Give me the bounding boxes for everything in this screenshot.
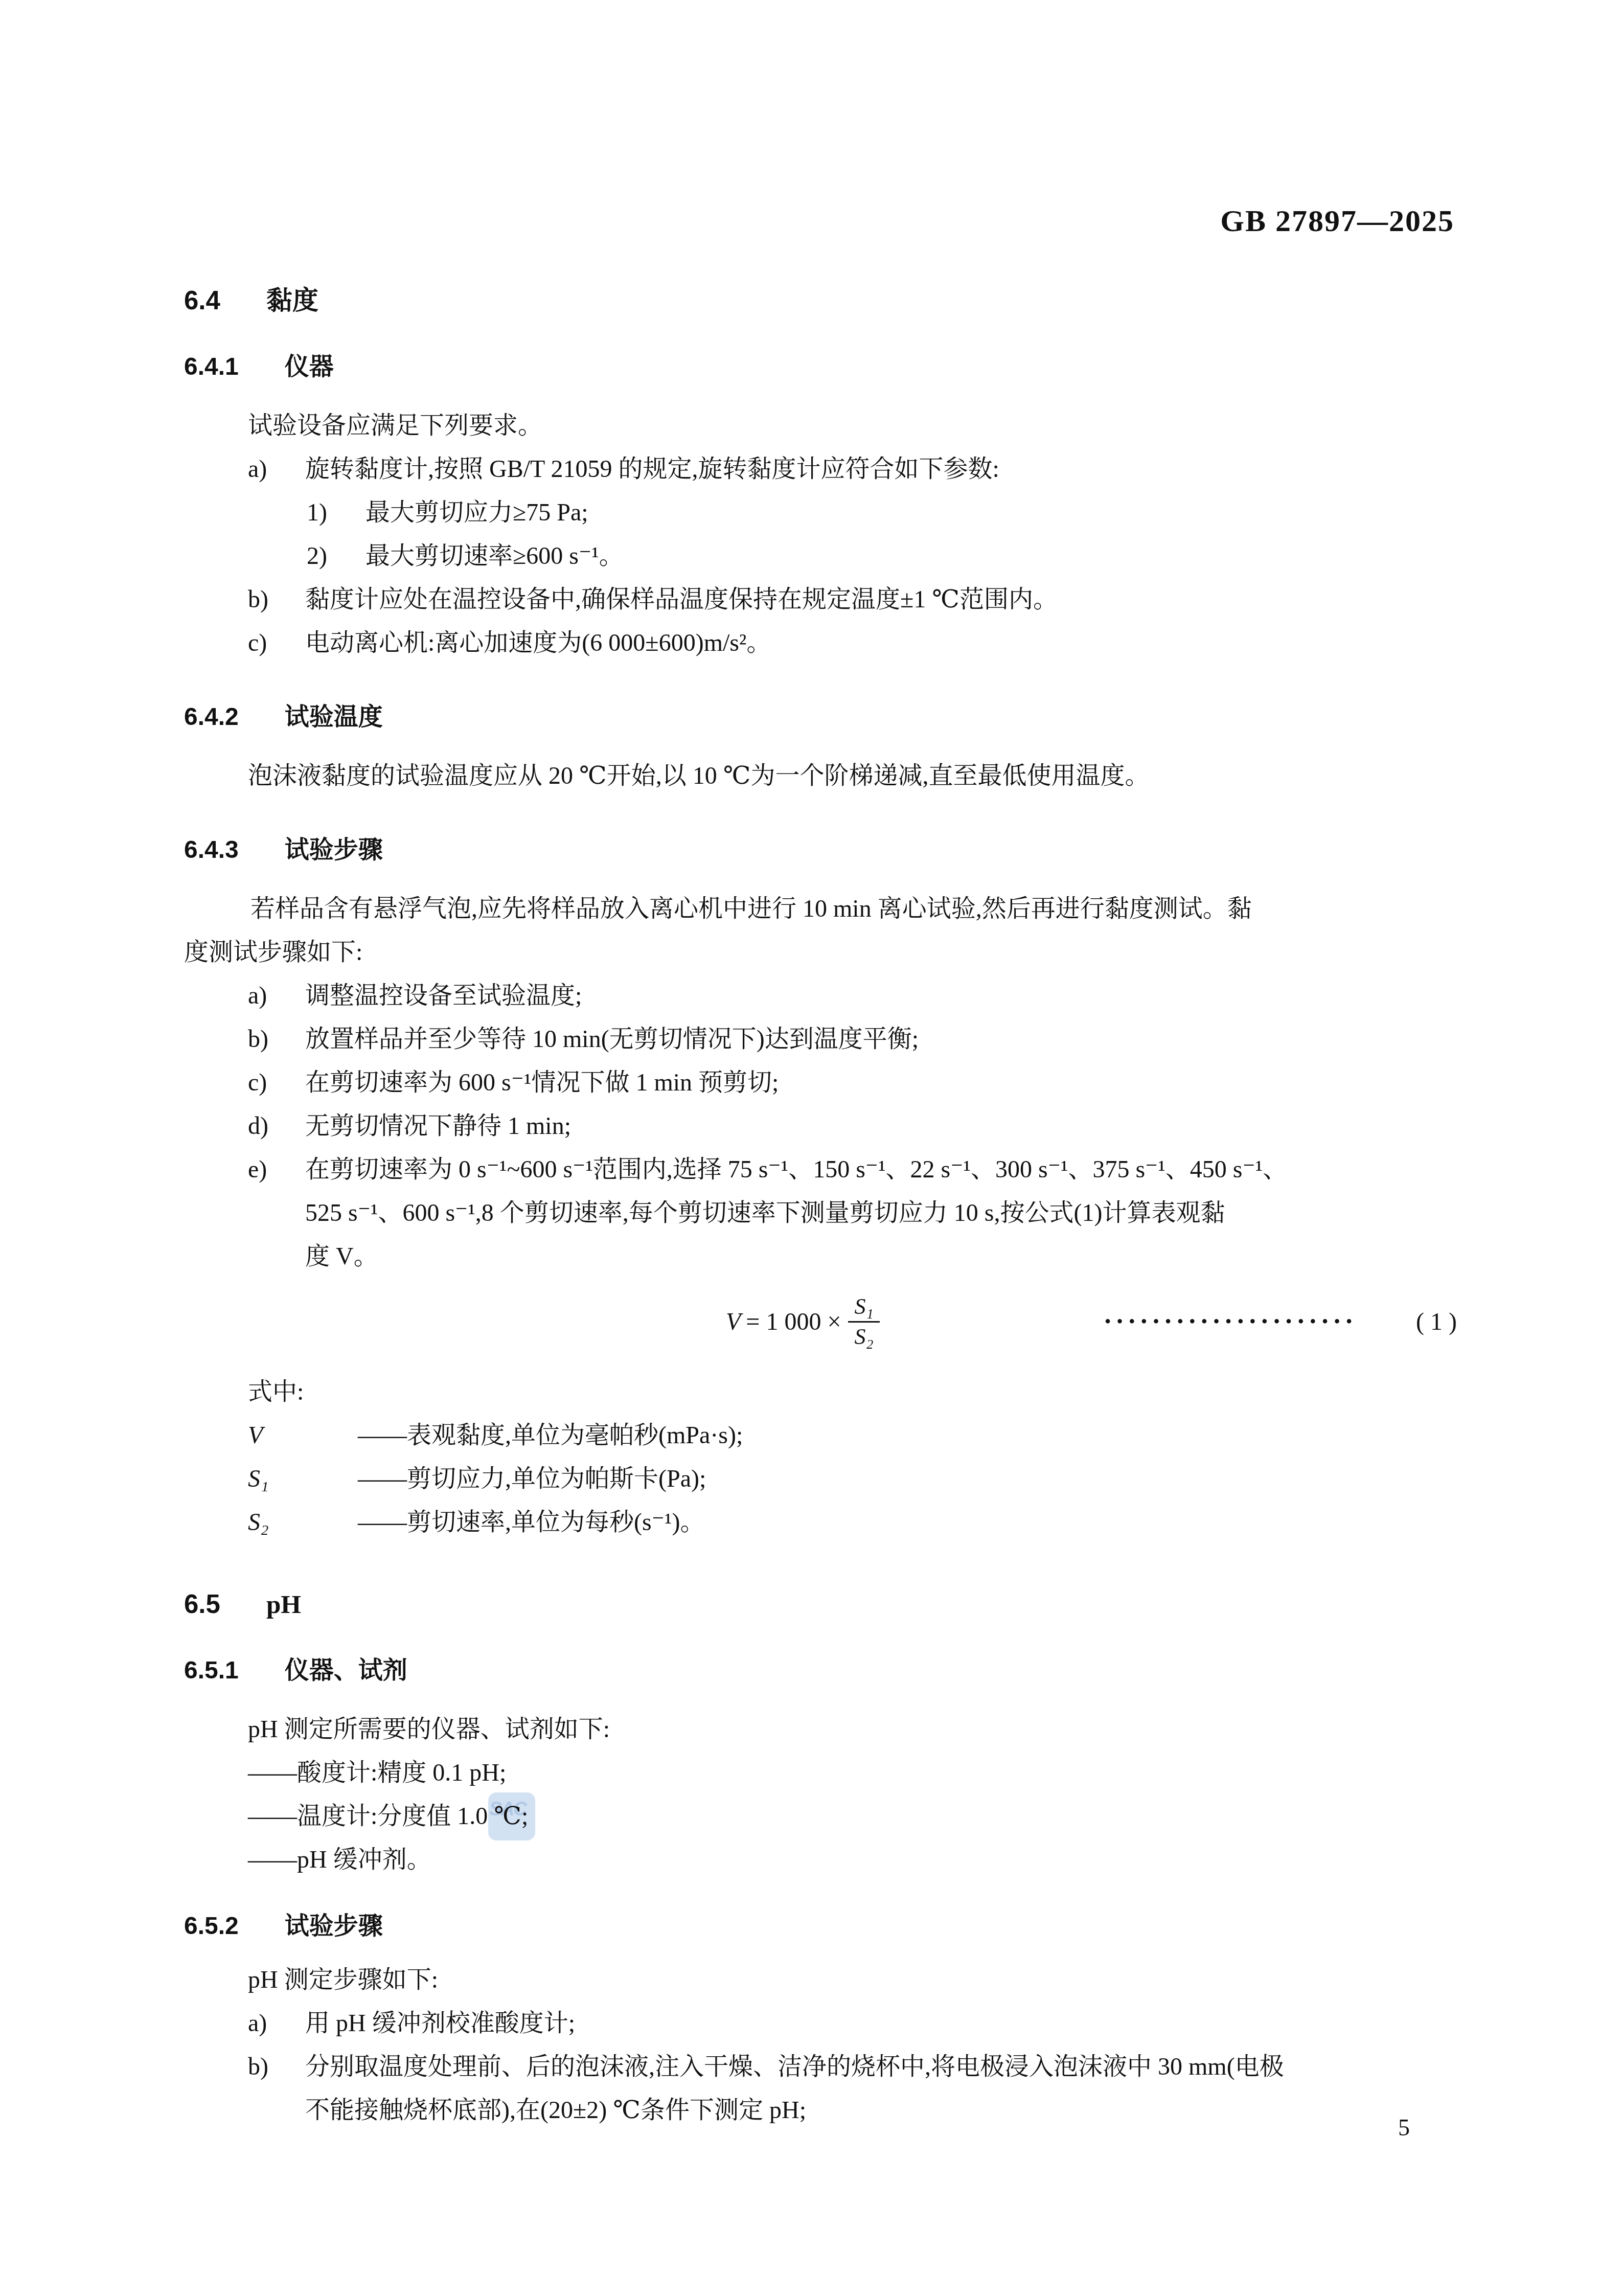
list-item-text: 旋转黏度计,按照 GB/T 21059 的规定,旋转黏度计应符合如下参数:	[305, 447, 999, 491]
formula-operator: = 1 000 ×	[746, 1308, 841, 1336]
paragraph-line: 度测试步骤如下:	[184, 930, 1457, 974]
section-number: 6.4	[184, 286, 220, 315]
list-item-text: 分别取温度处理前、后的泡沫液,注入干燥、洁净的烧杯中,将电极浸入泡沫液中 30 …	[305, 2045, 1284, 2088]
symbol-definition-s2: S₂ ——剪切速率,单位为每秒(s⁻¹)。	[184, 1501, 1457, 1544]
list-item-text: 在剪切速率为 600 s⁻¹情况下做 1 min 预剪切;	[305, 1061, 779, 1104]
section-heading-6-5: 6.5pH	[184, 1582, 1457, 1626]
list-item-text: 放置样品并至少等待 10 min(无剪切情况下)达到温度平衡;	[305, 1017, 919, 1061]
list-item-label: a)	[248, 2002, 305, 2045]
section-title: 黏度	[266, 286, 318, 315]
dash-list-item: ——pH 缓冲剂。	[184, 1838, 1457, 1881]
section-number: 6.5.1	[184, 1657, 239, 1684]
section-title: pH	[266, 1590, 301, 1619]
list-subitem-2: 2) 最大剪切速率≥600 s⁻¹。	[184, 534, 1457, 578]
list-item-label: c)	[248, 1061, 305, 1104]
fraction-numerator: S₁	[848, 1292, 879, 1321]
paragraph: pH 测定所需要的仪器、试剂如下:	[184, 1708, 1457, 1751]
section-title: 试验步骤	[285, 836, 383, 863]
section-heading-6-5-2: 6.5.2试验步骤	[184, 1904, 1457, 1948]
dash-list-item: SAC ——温度计:分度值 1.0 ℃;	[184, 1794, 1457, 1838]
list-item-text: 调整温控设备至试验温度;	[305, 974, 582, 1017]
list-item-label: e)	[248, 1148, 305, 1191]
paragraph: pH 测定步骤如下:	[184, 1958, 1457, 2002]
list-item-text: 最大剪切应力≥75 Pa;	[365, 491, 588, 534]
symbol-term: S₁	[248, 1457, 358, 1501]
list-item-c: c) 在剪切速率为 600 s⁻¹情况下做 1 min 预剪切;	[184, 1061, 1457, 1104]
section-title: 试验温度	[285, 703, 383, 731]
list-item-label: c)	[248, 621, 305, 665]
section-number: 6.4.3	[184, 836, 239, 863]
list-item-a: a) 用 pH 缓冲剂校准酸度计;	[184, 2002, 1457, 2045]
list-item-b: b) 分别取温度处理前、后的泡沫液,注入干燥、洁净的烧杯中,将电极浸入泡沫液中 …	[184, 2045, 1457, 2088]
list-item-e: e) 在剪切速率为 0 s⁻¹~600 s⁻¹范围内,选择 75 s⁻¹、150…	[184, 1148, 1457, 1191]
list-item-text: 用 pH 缓冲剂校准酸度计;	[305, 2002, 575, 2045]
list-item-text: 最大剪切速率≥600 s⁻¹。	[365, 534, 624, 578]
section-number: 6.4.2	[184, 703, 239, 731]
formula-1: V = 1 000 × S₁ S₂ ••••••••••••••••••••• …	[184, 1278, 1457, 1365]
list-item-label: d)	[248, 1104, 305, 1148]
paragraph-line: 若样品含有悬浮气泡,应先将样品放入离心机中进行 10 min 离心试验,然后再进…	[184, 887, 1457, 930]
list-item-b: b) 黏度计应处在温控设备中,确保样品温度保持在规定温度±1 ℃范围内。	[184, 578, 1457, 621]
document-body: 6.4黏度 6.4.1仪器 试验设备应满足下列要求。 a) 旋转黏度计,按照 G…	[184, 0, 1457, 2132]
formula-number: ( 1 )	[1416, 1308, 1457, 1336]
section-number: 6.4.1	[184, 353, 239, 380]
formula-fraction: S₁ S₂	[848, 1292, 879, 1351]
section-title: 仪器	[285, 353, 334, 380]
list-item-a: a) 调整温控设备至试验温度;	[184, 974, 1457, 1017]
paragraph: 泡沫液黏度的试验温度应从 20 ℃开始,以 10 ℃为一个阶梯递减,直至最低使用…	[184, 754, 1457, 798]
list-item-c: c) 电动离心机:离心加速度为(6 000±600)m/s²。	[184, 621, 1457, 665]
list-item-a: a) 旋转黏度计,按照 GB/T 21059 的规定,旋转黏度计应符合如下参数:	[184, 447, 1457, 491]
symbol-definition-text: ——剪切应力,单位为帕斯卡(Pa);	[358, 1457, 706, 1501]
list-item-continuation: 525 s⁻¹、600 s⁻¹,8 个剪切速率,每个剪切速率下测量剪切应力 10…	[184, 1191, 1457, 1235]
section-number: 6.5	[184, 1589, 220, 1619]
list-item-text: 电动离心机:离心加速度为(6 000±600)m/s²。	[305, 621, 771, 665]
symbol-definition-v: V ——表观黏度,单位为毫帕秒(mPa·s);	[184, 1414, 1457, 1457]
list-item-text: 黏度计应处在温控设备中,确保样品温度保持在规定温度±1 ℃范围内。	[305, 578, 1058, 621]
dash-list-item: ——酸度计:精度 0.1 pH;	[184, 1751, 1457, 1794]
page-number: 5	[1398, 2114, 1410, 2141]
symbol-term: V	[248, 1414, 358, 1457]
fraction-denominator: S₂	[848, 1321, 879, 1351]
list-subitem-1: 1) 最大剪切应力≥75 Pa;	[184, 491, 1457, 534]
section-heading-6-4-2: 6.4.2试验温度	[184, 695, 1457, 739]
where-label: 式中:	[184, 1370, 1457, 1414]
symbol-definition-text: ——表观黏度,单位为毫帕秒(mPa·s);	[358, 1414, 743, 1457]
list-item-continuation: 不能接触烧杯底部),在(20±2) ℃条件下测定 pH;	[184, 2088, 1457, 2132]
list-item-label: b)	[248, 578, 305, 621]
list-item-label: b)	[248, 2045, 305, 2088]
section-heading-6-4-1: 6.4.1仪器	[184, 345, 1457, 389]
symbol-definition-text: ——剪切速率,单位为每秒(s⁻¹)。	[358, 1501, 704, 1544]
list-item-label: 1)	[307, 491, 365, 534]
section-title: 试验步骤	[285, 1913, 383, 1940]
list-item-continuation: 度 V。	[184, 1235, 1457, 1278]
section-heading-6-5-1: 6.5.1仪器、试剂	[184, 1649, 1457, 1692]
list-item-b: b) 放置样品并至少等待 10 min(无剪切情况下)达到温度平衡;	[184, 1017, 1457, 1061]
list-item-text: 无剪切情况下静待 1 min;	[305, 1104, 571, 1148]
list-item-label: b)	[248, 1017, 305, 1061]
list-item-text: 在剪切速率为 0 s⁻¹~600 s⁻¹范围内,选择 75 s⁻¹、150 s⁻…	[305, 1148, 1287, 1191]
section-title: 仪器、试剂	[285, 1657, 407, 1684]
list-item-label: 2)	[307, 534, 365, 578]
section-heading-6-4: 6.4黏度	[184, 279, 1457, 322]
dash-list-item-text: ——温度计:分度值 1.0 ℃;	[248, 1803, 528, 1830]
formula-dot-leader: •••••••••••••••••••••	[1105, 1311, 1358, 1332]
list-item-d: d) 无剪切情况下静待 1 min;	[184, 1104, 1457, 1148]
section-heading-6-4-3: 6.4.3试验步骤	[184, 828, 1457, 872]
symbol-term: S₂	[248, 1501, 358, 1544]
paragraph: 试验设备应满足下列要求。	[184, 404, 1457, 447]
list-item-label: a)	[248, 447, 305, 491]
list-item-label: a)	[248, 974, 305, 1017]
section-number: 6.5.2	[184, 1913, 239, 1940]
formula-variable: V	[726, 1308, 741, 1336]
symbol-definition-s1: S₁ ——剪切应力,单位为帕斯卡(Pa);	[184, 1457, 1457, 1501]
